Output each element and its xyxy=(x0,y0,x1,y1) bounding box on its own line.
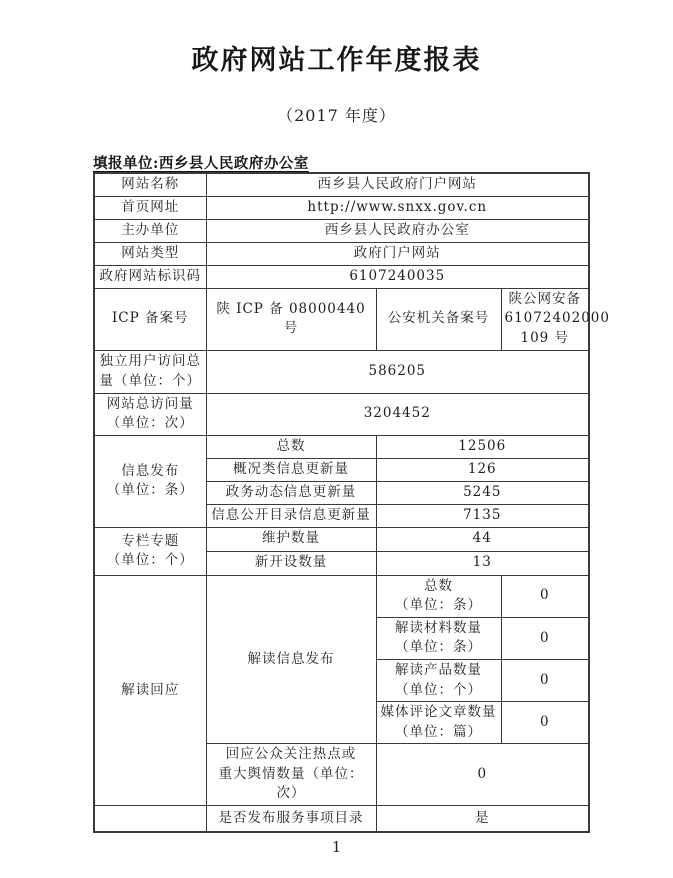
interpretation-media-value: 0 xyxy=(501,702,589,744)
table-row: 主办单位 西乡县人民政府办公室 xyxy=(94,219,589,242)
info-dynamic-value: 5245 xyxy=(376,481,589,504)
site-type-value: 政府门户网站 xyxy=(206,242,589,265)
home-url-label: 首页网址 xyxy=(94,196,206,219)
home-url-value: http://www.snxx.gov.cn xyxy=(206,196,589,219)
service-catalog-row-head xyxy=(94,805,206,832)
site-name-label: 网站名称 xyxy=(94,173,206,196)
info-overview-value: 126 xyxy=(376,458,589,481)
page-title: 政府网站工作年度报表 xyxy=(0,38,673,77)
respond-hotspot-label: 回应公众关注热点或 重大舆情数量（单位： 次） xyxy=(206,744,376,806)
interpretation-publish-label: 解读信息发布 xyxy=(206,575,376,744)
interpretation-media-label: 媒体评论文章数量 （单位：篇） xyxy=(376,702,501,744)
columns-maintained-label: 维护数量 xyxy=(206,527,376,551)
table-row: 信息发布 （单位：条） 总数 12506 xyxy=(94,435,589,458)
columns-new-value: 13 xyxy=(376,551,589,575)
page-number: 1 xyxy=(0,838,673,856)
info-publish-group-label: 信息发布 （单位：条） xyxy=(94,435,206,527)
police-record-label: 公安机关备案号 xyxy=(376,288,501,350)
site-code-value: 6107240035 xyxy=(206,265,589,288)
unique-visitors-label: 独立用户访问总 量（单位：个） xyxy=(94,350,206,393)
info-catalog-value: 7135 xyxy=(376,504,589,527)
interpretation-product-label: 解读产品数量 （单位：个） xyxy=(376,659,501,701)
interpretation-total-value: 0 xyxy=(501,575,589,617)
info-total-label: 总数 xyxy=(206,435,376,458)
site-type-label: 网站类型 xyxy=(94,242,206,265)
interpretation-group-label: 解读回应 xyxy=(94,575,206,805)
table-row: 是否发布服务事项目录 是 xyxy=(94,805,589,832)
columns-maintained-value: 44 xyxy=(376,527,589,551)
service-catalog-value: 是 xyxy=(376,805,589,832)
interpretation-material-value: 0 xyxy=(501,617,589,659)
unique-visitors-value: 586205 xyxy=(206,350,589,393)
total-visits-value: 3204452 xyxy=(206,393,589,435)
respond-hotspot-value: 0 xyxy=(376,744,589,806)
table-row: 解读回应 解读信息发布 总数 （单位：条） 0 xyxy=(94,575,589,617)
reporting-unit-label: 填报单位:西乡县人民政府办公室 xyxy=(93,152,309,173)
service-catalog-label: 是否发布服务事项目录 xyxy=(206,805,376,832)
interpretation-material-label: 解读材料数量 （单位：条） xyxy=(376,617,501,659)
annual-report-table: 网站名称 西乡县人民政府门户网站 首页网址 http://www.snxx.go… xyxy=(93,172,590,833)
table-row: 网站总访问量 （单位：次） 3204452 xyxy=(94,393,589,435)
police-record-value: 陕公网安备 61072402000 109 号 xyxy=(501,288,589,350)
table-row: 政府网站标识码 6107240035 xyxy=(94,265,589,288)
columns-new-label: 新开设数量 xyxy=(206,551,376,575)
table-row: ICP 备案号 陕 ICP 备 08000440 号 公安机关备案号 陕公网安备… xyxy=(94,288,589,350)
info-catalog-label: 信息公开目录信息更新量 xyxy=(206,504,376,527)
interpretation-product-value: 0 xyxy=(501,659,589,701)
special-columns-group-label: 专栏专题 （单位：个） xyxy=(94,527,206,575)
site-name-value: 西乡县人民政府门户网站 xyxy=(206,173,589,196)
table-row: 独立用户访问总 量（单位：个） 586205 xyxy=(94,350,589,393)
info-overview-label: 概况类信息更新量 xyxy=(206,458,376,481)
icp-value: 陕 ICP 备 08000440 号 xyxy=(206,288,376,350)
icp-label: ICP 备案号 xyxy=(94,288,206,350)
total-visits-label: 网站总访问量 （单位：次） xyxy=(94,393,206,435)
info-total-value: 12506 xyxy=(376,435,589,458)
site-code-label: 政府网站标识码 xyxy=(94,265,206,288)
sponsor-label: 主办单位 xyxy=(94,219,206,242)
sponsor-value: 西乡县人民政府办公室 xyxy=(206,219,589,242)
info-dynamic-label: 政务动态信息更新量 xyxy=(206,481,376,504)
interpretation-total-label: 总数 （单位：条） xyxy=(376,575,501,617)
page-subtitle: （2017 年度） xyxy=(0,103,673,126)
table-row: 网站类型 政府门户网站 xyxy=(94,242,589,265)
table-row: 首页网址 http://www.snxx.gov.cn xyxy=(94,196,589,219)
table-row: 专栏专题 （单位：个） 维护数量 44 xyxy=(94,527,589,551)
table-row: 网站名称 西乡县人民政府门户网站 xyxy=(94,173,589,196)
